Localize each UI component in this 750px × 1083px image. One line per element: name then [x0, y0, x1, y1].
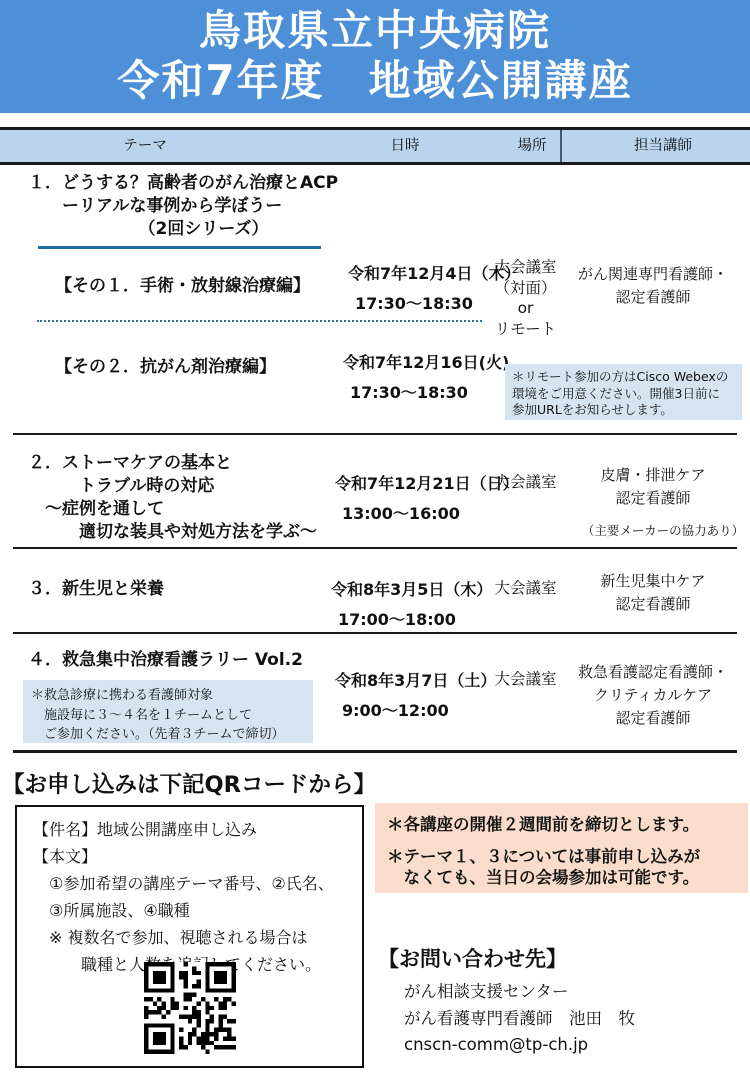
- session1-part2-label: 【その２．抗がん剤治療編】: [55, 352, 276, 377]
- session4-theme: ４．救急集中治療看護ラリー Vol.2: [28, 649, 303, 672]
- webex-note-box: ＊リモート参加の方はCisco Webexの 環境をご用意ください。開催3日前に…: [505, 364, 742, 420]
- flyer-title: 令和7年度 地域公開講座: [0, 56, 750, 106]
- contact-heading: 【お問い合わせ先】: [378, 943, 567, 973]
- title-banner: 鳥取県立中央病院 令和7年度 地域公開講座: [0, 0, 750, 113]
- column-header-instructor: 担当講師: [603, 130, 723, 162]
- session4-note-box: ＊救急診療に携わる看護師対象 施設毎に３～４名を１チームとして ご参加ください。…: [23, 680, 313, 743]
- session4-place: 大会議室: [478, 669, 573, 690]
- hospital-name: 鳥取県立中央病院: [0, 0, 750, 56]
- row-separator-1: [13, 433, 737, 435]
- apply-instructions: 【件名】地域公開講座申し込み 【本文】 ①参加希望の講座テーマ番号、②氏名、 ③…: [33, 816, 334, 978]
- session3-instructor: 新生児集中ケア 認定看護師: [568, 570, 738, 616]
- session1-theme: １．どうする？高齢者のがん治療とACP ーリアルな事例から学ぼうー （2回シリー…: [28, 172, 338, 241]
- session2-instructor: 皮膚・排泄ケア 認定看護師: [568, 464, 738, 510]
- session1-part1-label: 【その１．手術・放射線治療編】: [55, 271, 310, 296]
- session4-date: 令和8年3月7日（土）: [335, 668, 496, 691]
- row-separator-3: [13, 632, 737, 634]
- column-header-place: 場所: [487, 130, 577, 162]
- contact-email: cnscn-comm@tp-ch.jp: [404, 1032, 635, 1059]
- deadline-note: ＊各講座の開催２週間前を締切とします。: [387, 814, 748, 835]
- session1-place: 大会議室 （対面） or リモート: [478, 257, 573, 339]
- apply-box: 【件名】地域公開講座申し込み 【本文】 ①参加希望の講座テーマ番号、②氏名、 ③…: [15, 805, 364, 1068]
- session2-time: 13:00～16:00: [335, 501, 519, 524]
- session4-time: 9:00～12:00: [335, 698, 496, 721]
- table-header-row: テーマ 日時 場所 担当講師: [0, 127, 750, 165]
- qr-code-image: [144, 962, 236, 1054]
- session1-dotted-divider: [37, 320, 482, 322]
- contact-block: がん相談支援センター がん看護専門看護師 池田 牧 cnscn-comm@tp-…: [404, 979, 635, 1059]
- row-separator-2: [13, 547, 737, 549]
- session3-place: 大会議室: [478, 578, 573, 599]
- table-bottom-border: [13, 750, 737, 753]
- session1-part2-time: 17:30～18:30: [343, 380, 509, 403]
- column-header-theme: テーマ: [60, 130, 230, 162]
- session3-date: 令和8年3月5日（木）: [331, 577, 492, 600]
- session3-theme: ３．新生児と栄養: [28, 578, 164, 601]
- session1-underline: [38, 246, 321, 249]
- apply-heading: 【お申し込みは下記QRコードから】: [2, 767, 376, 799]
- flyer-page: 鳥取県立中央病院 令和7年度 地域公開講座 テーマ 日時 場所 担当講師 １．ど…: [0, 0, 750, 1083]
- column-header-datetime: 日時: [355, 130, 455, 162]
- deadline-note-box: ＊各講座の開催２週間前を締切とします。 ＊テーマ１、３については事前申し込みが …: [375, 803, 748, 893]
- session2-instructor-note: （主要メーカーの協力あり）: [578, 521, 748, 539]
- session1-instructor: がん関連専門看護師・ 認定看護師: [563, 263, 743, 309]
- contact-org: がん相談支援センター: [404, 979, 635, 1006]
- session4-instructor: 救急看護認定看護師・ クリティカルケア 認定看護師: [563, 661, 743, 730]
- qr-code: [144, 962, 236, 1054]
- table-header-divider: [560, 130, 562, 162]
- session1-part2-datetime: 令和7年12月16日(火) 17:30～18:30: [343, 350, 509, 403]
- session3-time: 17:00～18:00: [331, 607, 492, 630]
- contact-person: がん看護専門看護師 池田 牧: [404, 1006, 635, 1033]
- walkin-note: ＊テーマ１、３については事前申し込みが なくても、当日の会場参加は可能です。: [387, 846, 748, 888]
- session4-datetime: 令和8年3月7日（土） 9:00～12:00: [335, 668, 496, 721]
- session1-part2-date: 令和7年12月16日(火): [343, 350, 509, 373]
- session2-theme: ２．ストーマケアの基本と トラブル時の対応 ～症例を通して 適切な装具や対処方法…: [28, 452, 317, 544]
- session2-place: 大会議室: [478, 472, 573, 493]
- session3-datetime: 令和8年3月5日（木） 17:00～18:00: [331, 577, 492, 630]
